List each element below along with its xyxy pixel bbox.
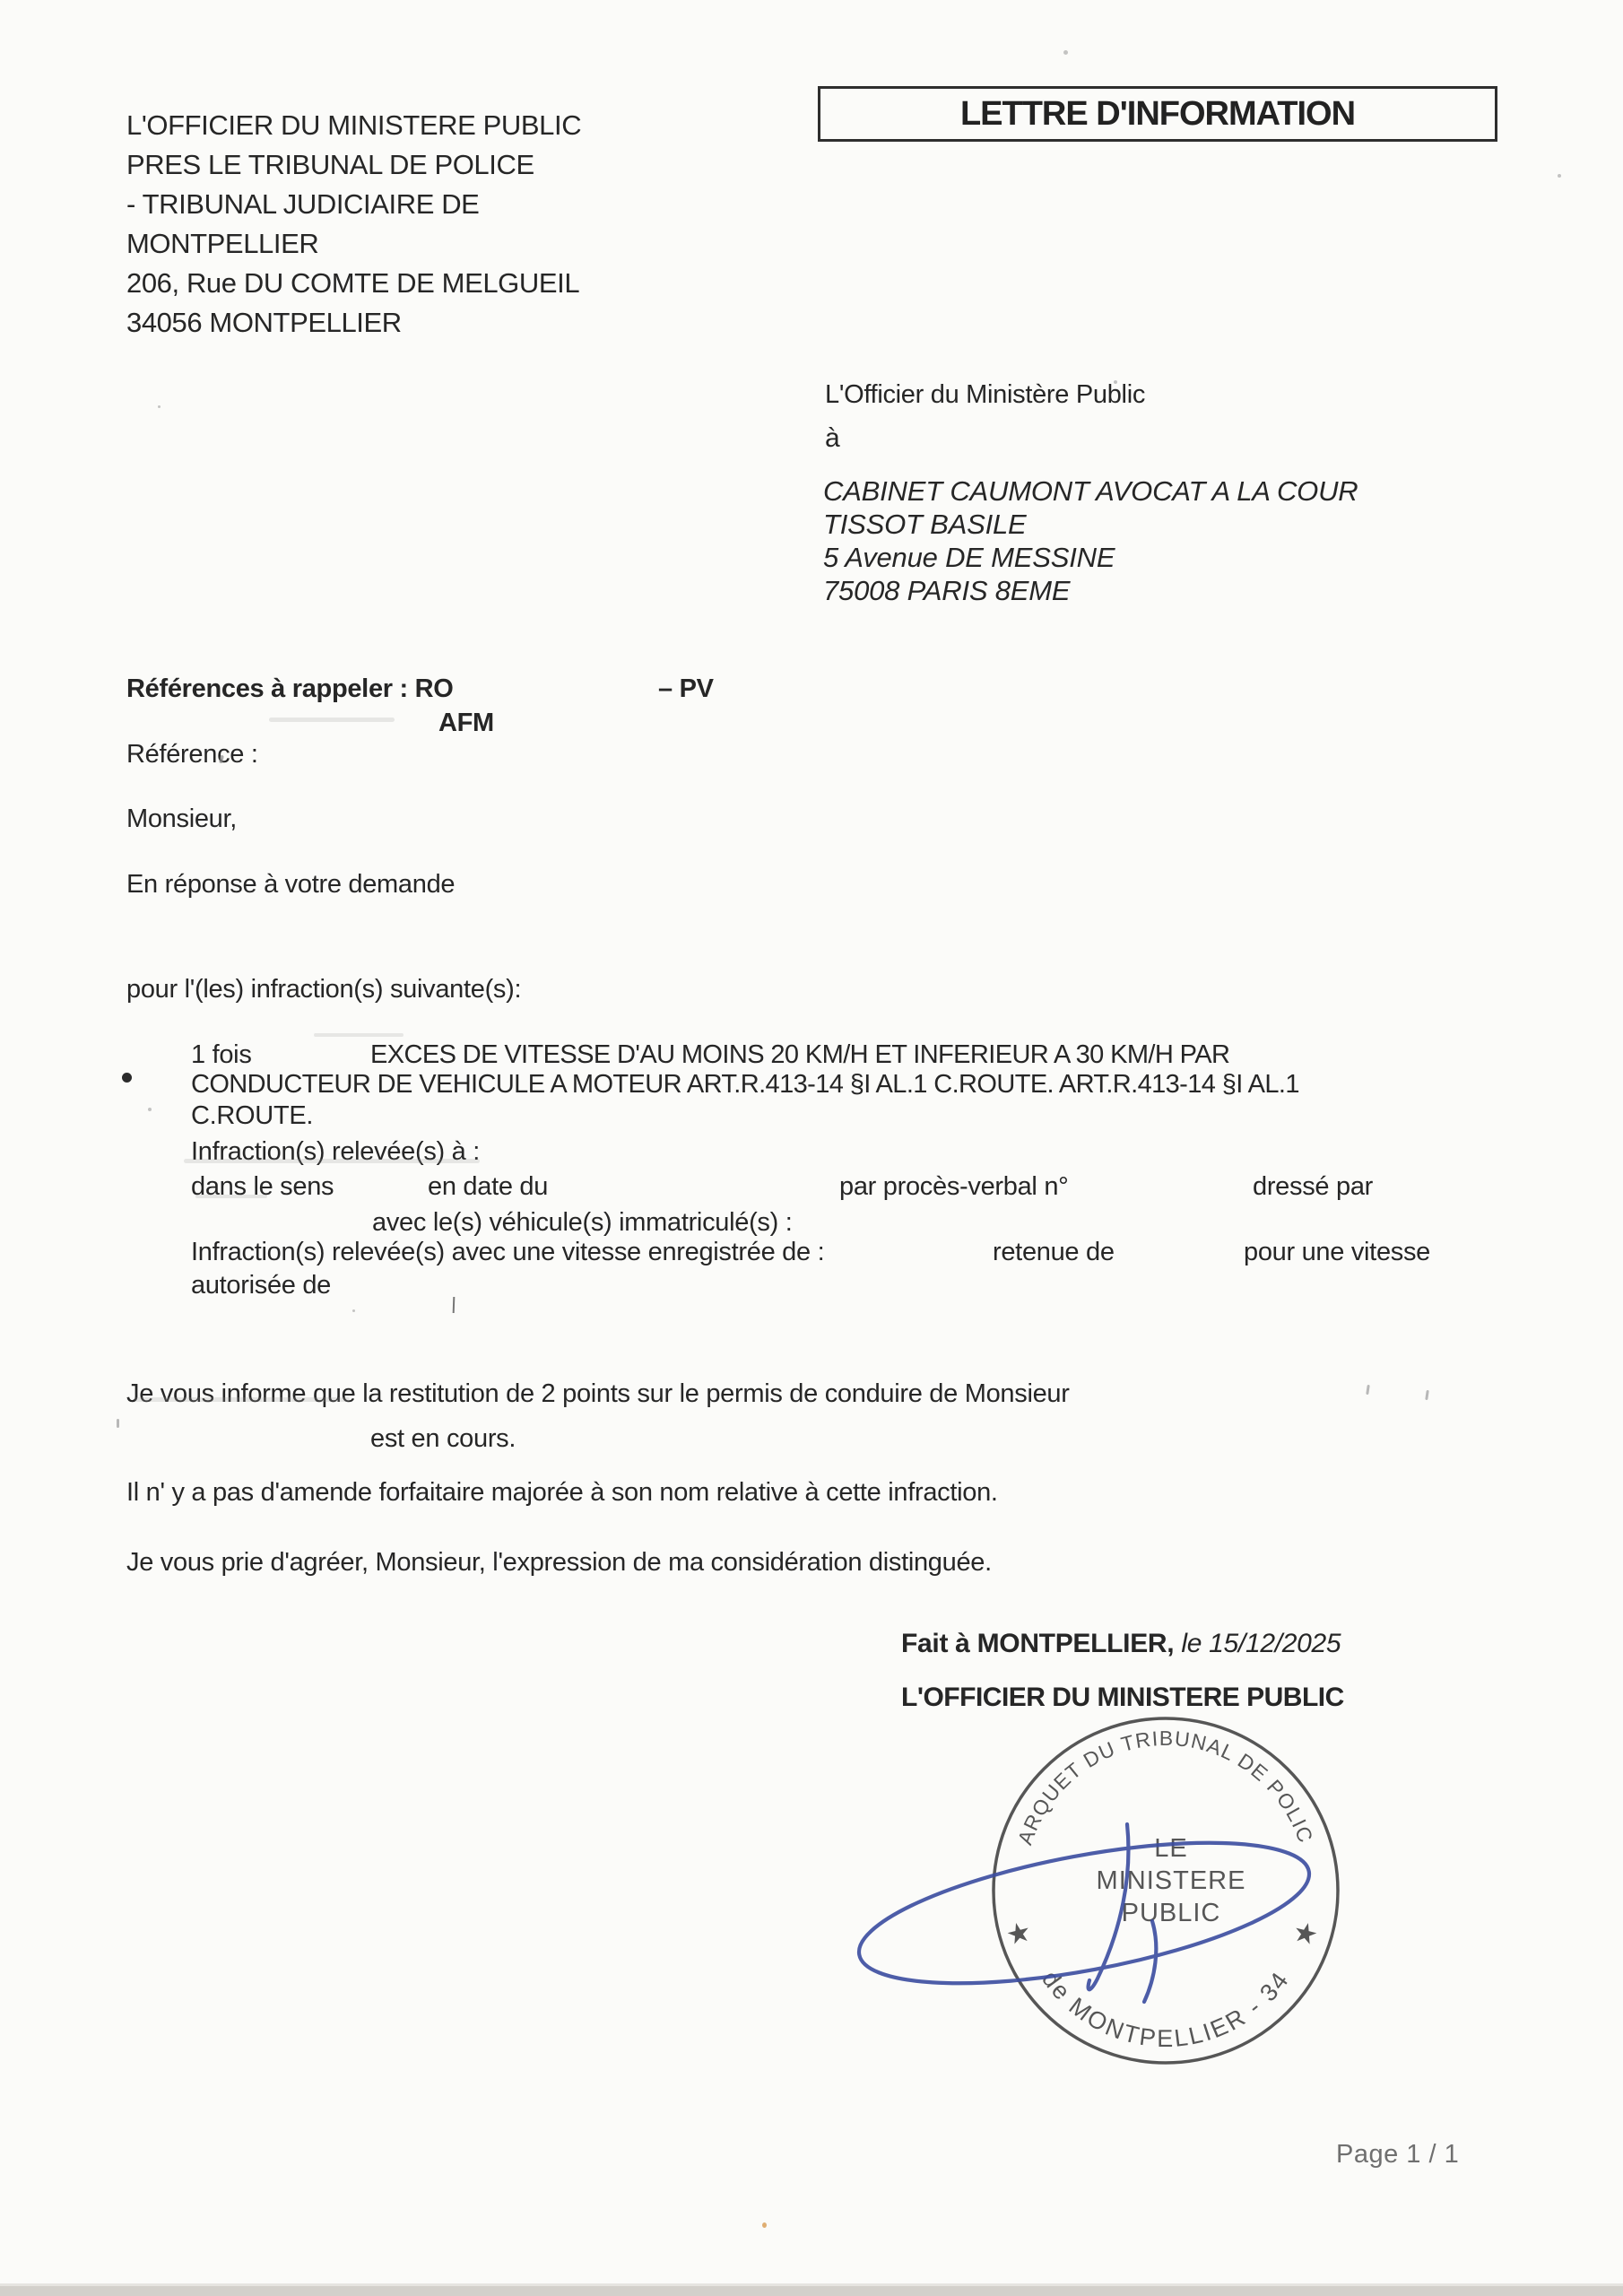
references-label: Références à rappeler : RO	[126, 674, 454, 704]
reference-line: Référence :	[126, 740, 258, 770]
scan-tick-mark	[453, 1297, 456, 1313]
restitution-paragraph-line1: Je vous informe que la restitution de 2 …	[126, 1379, 1070, 1409]
closing-line: Fait à MONTPELLIER, le 15/12/2025	[901, 1629, 1341, 1659]
stamp-star-right-icon: ★	[1289, 1915, 1321, 1952]
infraction-detail-retenue: retenue de	[993, 1238, 1115, 1267]
scan-smudge	[195, 1195, 267, 1198]
signature-stroke	[1089, 1824, 1129, 1989]
sender-line: - TRIBUNAL JUDICIAIRE DE	[126, 185, 581, 224]
infraction-title-line: EXCES DE VITESSE D'AU MOINS 20 KM/H ET I…	[370, 1040, 1229, 1070]
restitution-paragraph-line2: est en cours.	[370, 1424, 516, 1454]
signature-stroke	[1144, 1921, 1156, 2002]
sender-line: MONTPELLIER	[126, 224, 581, 264]
stamp-star-left-icon: ★	[1002, 1915, 1034, 1952]
letter-title-box: LETTRE D'INFORMATION	[818, 86, 1497, 142]
sender-line: 34056 MONTPELLIER	[126, 303, 581, 343]
signature-loop	[849, 1815, 1320, 2012]
infraction-detail-pv: par procès-verbal n°	[839, 1172, 1068, 1202]
scan-speck	[1425, 1390, 1429, 1400]
recipient-heading: L'Officier du Ministère Public	[825, 380, 1145, 410]
scanned-letter-page: L'OFFICIER DU MINISTERE PUBLIC PRES LE T…	[0, 0, 1623, 2296]
references-afm: AFM	[438, 709, 494, 738]
scan-smudge	[269, 717, 395, 722]
stamp-border-circle	[994, 1718, 1338, 2063]
intro-line: En réponse à votre demande	[126, 870, 455, 900]
bullet-icon	[122, 1073, 132, 1083]
closing-officer: L'OFFICIER DU MINISTERE PUBLIC	[901, 1683, 1344, 1713]
recipient-line: 5 Avenue DE MESSINE	[823, 542, 1115, 574]
recipient-line: 75008 PARIS 8EME	[823, 575, 1070, 607]
handwritten-signature	[849, 1815, 1320, 2012]
letter-title: LETTRE D'INFORMATION	[960, 95, 1355, 134]
stamp-arc-bottom-text: de MONTPELLIER - 34	[1037, 1966, 1295, 2052]
stamp-center-line3: PUBLIC	[1122, 1899, 1221, 1927]
sender-line: 206, Rue DU COMTE DE MELGUEIL	[126, 264, 581, 303]
scan-speck	[1063, 50, 1068, 55]
infraction-detail-pour-vitesse: pour une vitesse	[1244, 1238, 1430, 1267]
sender-line: L'OFFICIER DU MINISTERE PUBLIC	[126, 106, 581, 145]
svg-text:de MONTPELLIER - 34: de MONTPELLIER - 34	[1037, 1966, 1295, 2052]
scan-speck	[158, 405, 161, 408]
sender-address-block: L'OFFICIER DU MINISTERE PUBLIC PRES LE T…	[126, 106, 581, 343]
stamp-center-line2: MINISTERE	[1097, 1866, 1246, 1895]
scan-smudge	[314, 1033, 404, 1037]
recipient-line: CABINET CAUMONT AVOCAT A LA COUR	[823, 475, 1358, 508]
infraction-count: 1 fois	[191, 1040, 252, 1070]
infraction-title-line: CONDUCTEUR DE VEHICULE A MOTEUR ART.R.41…	[191, 1070, 1299, 1100]
references-pv: – PV	[658, 674, 714, 704]
amende-paragraph: Il n' y a pas d'amende forfaitaire major…	[126, 1478, 998, 1508]
page-number: Page 1 / 1	[1336, 2140, 1459, 2170]
recipient-prefix: à	[825, 423, 839, 454]
infraction-title-line: C.ROUTE.	[191, 1101, 313, 1131]
infraction-detail-vitesse: Infraction(s) relevée(s) avec une vitess…	[191, 1238, 824, 1267]
scan-speck	[148, 1108, 152, 1111]
infraction-detail-autorisee: autorisée de	[191, 1271, 331, 1300]
politesse-paragraph: Je vous prie d'agréer, Monsieur, l'expre…	[126, 1548, 992, 1578]
scan-bottom-edge	[0, 2286, 1623, 2296]
scan-speck	[117, 1419, 119, 1428]
scan-speck	[1114, 380, 1117, 384]
recipient-line: TISSOT BASILE	[823, 509, 1027, 541]
stamp-center-line1: LE	[1154, 1834, 1187, 1863]
scan-speck	[352, 1309, 355, 1312]
infraction-intro: pour l'(les) infraction(s) suivante(s):	[126, 975, 521, 1004]
infraction-detail-date: en date du	[428, 1172, 548, 1202]
scan-smudge	[184, 1159, 480, 1163]
infraction-detail-vehicule: avec le(s) véhicule(s) immatriculé(s) :	[372, 1208, 793, 1238]
scan-smudge	[135, 1397, 350, 1402]
scan-speck	[1366, 1385, 1370, 1395]
infraction-detail-dresse: dressé par	[1253, 1172, 1373, 1202]
sender-line: PRES LE TRIBUNAL DE POLICE	[126, 145, 581, 185]
closing-place: Fait à MONTPELLIER,	[901, 1629, 1174, 1658]
salutation: Monsieur,	[126, 804, 237, 834]
scan-speck	[762, 2222, 767, 2228]
closing-date: le 15/12/2025	[1174, 1629, 1341, 1658]
scan-speck	[1558, 174, 1561, 178]
